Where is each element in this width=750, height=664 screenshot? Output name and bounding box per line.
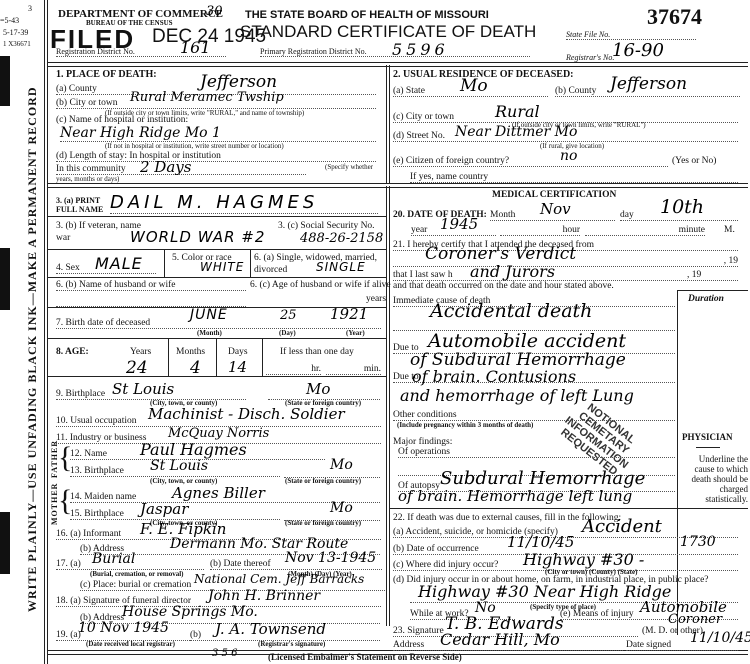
divider <box>48 277 386 278</box>
burial-place: National Cem. Jeff Barracks <box>194 572 364 586</box>
m-label: M. <box>724 225 735 235</box>
operations-label: Of operations <box>398 447 675 458</box>
due-to: Automobile accident <box>428 330 626 352</box>
community-value: 2 Days <box>140 158 191 176</box>
spouse-age-unit: years <box>366 294 386 304</box>
marital-value: SINGLE <box>316 260 366 274</box>
underline-note: Underline the cause to which death shoul… <box>680 454 748 504</box>
accident-value: Accident <box>582 516 662 537</box>
birth-year: 1921 <box>330 305 368 323</box>
occurrence-time: 1730 <box>680 534 716 550</box>
industry-value: McQuay Norris <box>168 426 269 441</box>
citizen-label: (e) Citizen of foreign country? <box>393 156 668 167</box>
physician-label: PHYSICIAN <box>682 432 733 442</box>
where-value: Highway #30 - <box>523 550 644 569</box>
stay-label: (d) Length of stay: In hospital or insti… <box>56 151 376 162</box>
divider <box>677 290 748 291</box>
other-conditions-hint: (Include pregnancy within 3 months of de… <box>397 421 533 429</box>
autopsy-2: of brain. Hemorrhage left lung <box>398 487 632 505</box>
other-conditions-label: Other conditions <box>393 410 675 421</box>
minute-label: minute <box>585 225 705 236</box>
margin-instruction: WRITE PLAINLY—USE UNFADING BLACK INK—MAK… <box>25 32 40 612</box>
registrars-no: 16-90 <box>612 40 664 61</box>
certificate-title: STANDARD CERTIFICATE OF DEATH <box>240 22 536 42</box>
ssn-value: 488-26-2158 <box>300 231 383 246</box>
mother-birth-state: Mo <box>330 500 353 516</box>
divider <box>48 216 386 217</box>
full-name: DAIL M. HAGMES <box>110 192 378 214</box>
address: Cedar Hill, Mo <box>440 630 560 649</box>
country-label: If yes, name country <box>410 172 738 183</box>
column-divider <box>389 65 390 183</box>
citizen-hint: (Yes or No) <box>672 156 716 166</box>
min-label: min. <box>326 364 381 375</box>
hour-label: hour <box>500 225 580 236</box>
margin-code: =5-43 <box>0 16 19 25</box>
divider <box>262 338 263 376</box>
major-findings-label: Major findings: <box>393 437 452 447</box>
spouse-name-field <box>56 296 246 307</box>
filed-annotation: 30 <box>206 4 223 19</box>
less-than-day-label: If less than one day <box>280 347 354 357</box>
birthplace-city: St Louis <box>112 380 174 398</box>
city-value: Rural Meramec Twship <box>130 90 284 105</box>
section-heading: 1. PLACE OF DEATH: <box>56 69 157 80</box>
funeral-director: John H. Brinner <box>208 588 320 604</box>
spouse-label: 6. (b) Name of husband or wife <box>56 280 246 291</box>
months-label: Months <box>176 347 205 357</box>
age-days: 14 <box>228 358 247 376</box>
nineteen-1: , 19 <box>393 256 738 267</box>
punch-hole-mark <box>0 248 10 310</box>
occurrence-date: 11/10/45 <box>507 533 574 551</box>
divider <box>48 338 386 339</box>
birth-month: JUNE <box>190 307 228 323</box>
hospital-label: (c) Name of hospital or institution: <box>56 115 188 125</box>
days-label: Days <box>228 347 248 357</box>
burial-hint: (Burial, cremation, or removal) <box>90 570 184 578</box>
month-hint: (Month) <box>197 329 222 337</box>
father-name: Paul Hagmes <box>140 440 247 459</box>
due-to-3: of brain. Contusions <box>412 367 576 386</box>
registrar-sig-hint: (Registrar's signature) <box>258 640 325 648</box>
burial-value: Burial <box>92 551 135 567</box>
father-birth-city: St Louis <box>150 458 208 474</box>
age-label: 8. AGE: <box>56 347 89 357</box>
community-hint: years, months or days) <box>56 175 119 183</box>
divider <box>48 183 748 188</box>
bottom-number: 3 5 6 <box>212 648 237 659</box>
divider <box>168 338 169 376</box>
divider <box>216 338 217 376</box>
home-value: Highway #30 Near High Ridge <box>418 582 671 601</box>
state-file-no: 37674 <box>647 4 702 30</box>
margin-code: 3 <box>28 4 32 13</box>
hospital-hint: (If not in hospital or institution, writ… <box>105 142 284 150</box>
signer-title: Coroner <box>668 612 722 627</box>
last-saw-text: and Jurors <box>470 262 555 281</box>
name-label: 3. (a) PRINT FULL NAME <box>56 196 106 214</box>
board-name: THE STATE BOARD OF HEALTH OF MISSOURI <box>245 9 489 21</box>
father-birth-state: Mo <box>330 457 353 473</box>
due-to-4: and hemorrhage of left Lung <box>400 386 634 405</box>
punch-hole-mark <box>0 512 10 574</box>
section-heading: MEDICAL CERTIFICATION <box>492 190 616 200</box>
duration-label: Duration <box>688 294 724 304</box>
date-signed: 11/10/45 <box>690 630 750 646</box>
street-value: Near Dittmer Mo <box>455 124 577 140</box>
divider <box>48 376 386 377</box>
burial-date: Nov 13-1945 <box>285 550 376 566</box>
years-label: Years <box>130 347 151 357</box>
primary-registration: 5596 <box>392 40 449 59</box>
occurred-label: and that death occurred on the date and … <box>393 281 614 291</box>
citizen-value: no <box>560 148 577 164</box>
hospital-value: Near High Ridge Mo 1 <box>60 125 376 142</box>
margin-rule <box>44 0 45 664</box>
divider <box>390 508 748 509</box>
registration-district: 161 <box>180 38 211 57</box>
day-hint: (Day) <box>279 329 296 337</box>
age-years: 24 <box>126 358 148 378</box>
registrar-signature: J. A. Townsend <box>215 620 326 638</box>
divider <box>696 447 720 448</box>
divider <box>48 249 386 250</box>
age-months: 4 <box>190 358 201 378</box>
city-value: Rural <box>495 102 540 121</box>
hr-label: hr. <box>266 364 321 375</box>
spouse-age-label: 6. (c) Age of husband or wife if alive <box>250 280 391 290</box>
stay-specify: (Specify whether <box>325 163 373 171</box>
divider <box>164 249 165 277</box>
mother-birth-city: Jaspar <box>140 500 188 518</box>
punch-hole-mark <box>0 56 10 106</box>
received-date: 10 Nov 1945 <box>78 620 169 636</box>
death-day: 10th <box>660 196 704 218</box>
occupation-value: Machinist - Disch. Soldier <box>148 405 345 423</box>
state-hint: (State or foreign country) <box>285 519 361 527</box>
year-hint: (Year) <box>346 329 365 337</box>
column-divider <box>386 186 387 626</box>
received-hint: (Date received local registrar) <box>86 640 175 648</box>
death-year: 1945 <box>440 215 478 233</box>
director-address: House Springs Mo. <box>122 604 258 620</box>
divider <box>48 62 748 67</box>
divider <box>250 249 251 277</box>
immediate-cause: Accidental death <box>430 300 592 322</box>
race-value: WHITE <box>200 260 244 274</box>
autopsy: Subdural Hemorrhage <box>440 468 645 489</box>
state-value: Mo <box>460 76 488 96</box>
birth-day: 25 <box>280 308 297 323</box>
state-file-no-label: State File No. <box>566 30 696 40</box>
birthplace-state: Mo <box>306 380 330 398</box>
death-month: Nov <box>540 200 571 218</box>
state-hint: (State or foreign country) <box>285 477 361 485</box>
veteran-value: WORLD WAR #2 <box>130 228 265 246</box>
sex-value: MALE <box>95 254 143 273</box>
column-divider <box>389 186 390 626</box>
margin-rule <box>47 0 48 664</box>
county-value: Jefferson <box>200 72 277 92</box>
nineteen-2: , 19 <box>687 270 701 280</box>
county-value: Jefferson <box>610 74 687 94</box>
footer-note: (Licensed Embalmer's Statement on Revers… <box>268 652 462 662</box>
column-divider <box>386 65 387 183</box>
